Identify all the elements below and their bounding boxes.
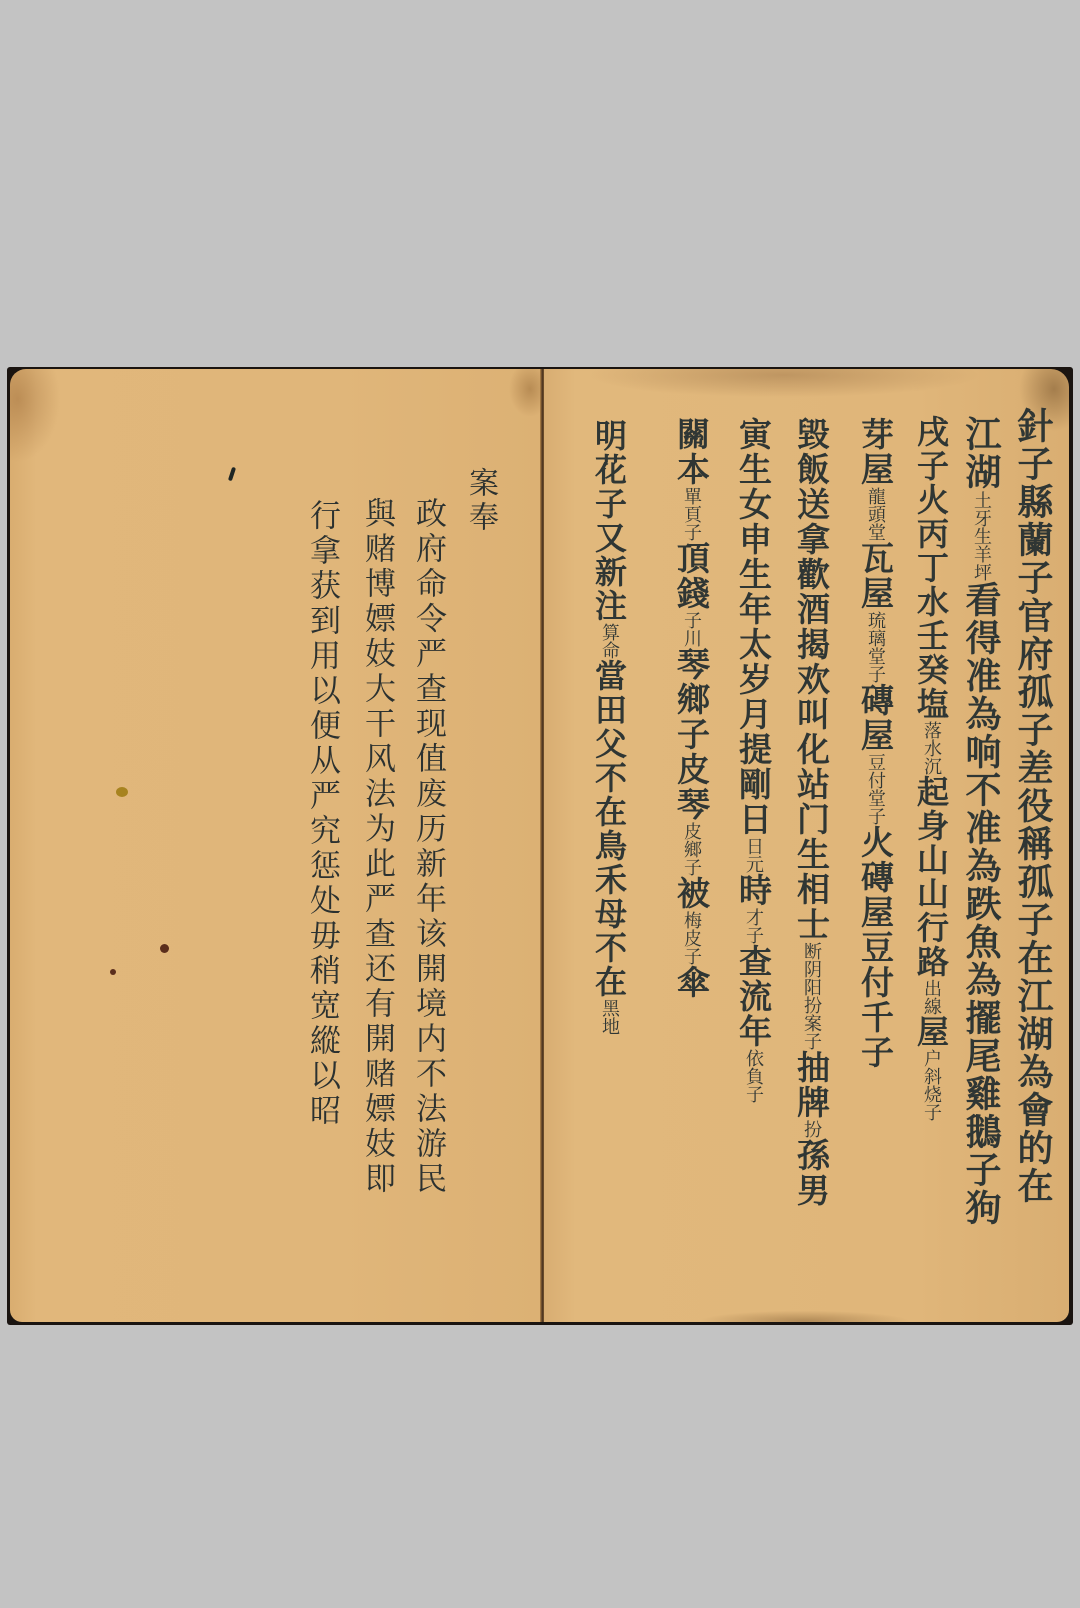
right-column-7: 關本單頁子頂錢子川琴鄉子皮琴皮鄉子被梅皮子傘 xyxy=(668,417,715,1000)
right-column-1: 針子縣蘭子官府孤子差役稱孤子在江湖為會的在 xyxy=(1008,407,1059,1205)
right-column-6: 寅生女申生年太岁月提剛日日元時才子查流年依負子 xyxy=(730,417,777,1103)
text-annotation: 羊坪 xyxy=(971,545,992,581)
text-segment: 戌子 xyxy=(912,415,950,483)
right-column-8: 明花子又新注算命當田父不在鳥禾母不在黑地 xyxy=(586,419,632,1035)
text-annotation: 日元 xyxy=(743,837,764,873)
text-segment: 被 xyxy=(672,876,711,911)
text-segment: 月 xyxy=(734,697,773,732)
text-segment: 皮琴 xyxy=(672,752,711,822)
text-segment: 江湖 xyxy=(960,415,1002,491)
text-segment: 女 xyxy=(734,487,773,522)
text-segment: 芽屋 xyxy=(856,417,895,487)
text-annotation: 户斜 xyxy=(921,1049,942,1085)
text-annotation: 才子 xyxy=(743,908,764,944)
left-column-1: 案奉 xyxy=(458,467,502,535)
text-segment: 日 xyxy=(734,802,773,837)
text-segment: 屋豆付千子 xyxy=(856,895,895,1070)
text-segment: 歡酒 xyxy=(792,557,831,627)
text-annotation: 算命 xyxy=(599,623,620,659)
text-annotation: 烧子 xyxy=(921,1085,942,1121)
right-column-5: 毀飯送拿歡酒揭欢叫化站门生相士断阴阳扮案子抽牌扮孫男 xyxy=(788,417,835,1208)
text-segment: 差役 xyxy=(1012,749,1054,825)
text-segment: 蘭子 xyxy=(1012,521,1054,597)
text-annotation: 土牙生 xyxy=(971,491,992,545)
text-segment: 叫化 xyxy=(792,697,831,767)
text-annotation: 黑地 xyxy=(599,999,620,1035)
text-segment: 起身山山 xyxy=(912,775,950,911)
text-segment: 本 xyxy=(672,452,711,487)
text-annotation: 單頁子 xyxy=(681,487,702,541)
text-segment: 稱孤子 xyxy=(1012,825,1054,939)
text-segment: 瓦屋 xyxy=(856,541,895,611)
text-annotation: 梅皮子 xyxy=(681,911,702,965)
text-segment: 屋 xyxy=(912,1015,950,1049)
text-segment: 母不在 xyxy=(590,897,628,999)
text-segment: 父不在 xyxy=(590,727,628,829)
text-segment: 不准為跌 xyxy=(960,771,1002,923)
text-annotation: 琉璃堂子 xyxy=(865,611,886,683)
text-segment: 鳥禾 xyxy=(590,829,628,897)
text-annotation: 落水沉 xyxy=(921,721,942,775)
text-segment: 官府 xyxy=(1012,597,1054,673)
text-segment: 在江湖為 xyxy=(1012,939,1054,1091)
text-segment: 毀飯 xyxy=(792,417,831,487)
text-segment: 孫男 xyxy=(792,1138,831,1208)
text-annotation: 断阴阳 xyxy=(801,942,822,996)
text-segment: 行路 xyxy=(912,911,950,979)
text-segment: 會的 xyxy=(1012,1091,1054,1167)
right-page: 針子縣蘭子官府孤子差役稱孤子在江湖為會的在 江湖土牙生羊坪看得准為响不准為跌魚為… xyxy=(544,369,1069,1322)
text-segment: 年太岁 xyxy=(734,592,773,697)
text-segment: 鄉子 xyxy=(672,682,711,752)
text-segment: 申生 xyxy=(734,522,773,592)
left-column-4: 行拿获到用以便从严究惩处毋稍宽縱以昭 xyxy=(300,499,345,1129)
text-segment: 火丙丁 xyxy=(912,483,950,585)
text-segment: 針子縣 xyxy=(1012,407,1054,521)
text-segment: 狗 xyxy=(960,1189,1002,1227)
text-annotation: 龍頭堂 xyxy=(865,487,886,541)
text-segment: 年 xyxy=(734,1014,773,1049)
text-annotation: 子川 xyxy=(681,611,702,647)
text-segment: 站门生 xyxy=(792,767,831,872)
text-segment: 關 xyxy=(672,417,711,452)
text-segment: 鵝子 xyxy=(960,1113,1002,1189)
text-segment: 雞 xyxy=(960,1075,1002,1113)
text-segment: 塩 xyxy=(912,687,950,721)
text-segment: 明花子 xyxy=(590,419,628,521)
ink-tick-mark xyxy=(228,467,236,482)
text-segment: 在 xyxy=(1012,1167,1054,1205)
right-column-2: 江湖土牙生羊坪看得准為响不准為跌魚為擺尾雞鵝子狗 xyxy=(956,415,1007,1227)
ink-stain xyxy=(116,787,128,797)
left-column-2: 政府命令严查现值废历新年该開境内不法游民 xyxy=(406,497,451,1197)
text-segment: 看得准為响 xyxy=(960,581,1002,771)
right-column-3: 戌子火丙丁水壬癸塩落水沉起身山山行路出線屋户斜烧子 xyxy=(908,415,954,1121)
manuscript-spread: 案奉 政府命令严查现值废历新年该開境内不法游民 與赌博嫖妓大干风法为此严查还有開… xyxy=(7,367,1073,1325)
text-segment: 水壬癸 xyxy=(912,585,950,687)
left-page: 案奉 政府命令严查现值废历新年该開境内不法游民 與赌博嫖妓大干风法为此严查还有開… xyxy=(10,369,542,1322)
text-annotation: 皮鄉子 xyxy=(681,822,702,876)
text-segment: 琴 xyxy=(672,647,711,682)
text-segment: 頂錢 xyxy=(672,541,711,611)
text-segment: 送拿 xyxy=(792,487,831,557)
ink-stain xyxy=(110,969,116,975)
text-annotation: 依負子 xyxy=(743,1049,764,1103)
text-segment: 孤子 xyxy=(1012,673,1054,749)
right-column-4: 芽屋龍頭堂瓦屋琉璃堂子磚屋豆付堂子火磚屋豆付千子 xyxy=(852,417,899,1070)
text-annotation: 扮案子 xyxy=(801,996,822,1050)
text-segment: 相士 xyxy=(792,872,831,942)
text-segment: 抽牌 xyxy=(792,1050,831,1120)
text-annotation: 豆付堂子 xyxy=(865,753,886,825)
text-segment: 火磚 xyxy=(856,825,895,895)
text-segment: 揭欢 xyxy=(792,627,831,697)
text-segment: 寅生 xyxy=(734,417,773,487)
text-segment: 傘 xyxy=(672,965,711,1000)
text-segment: 又新注 xyxy=(590,521,628,623)
text-segment: 磚屋 xyxy=(856,683,895,753)
text-segment: 當田 xyxy=(590,659,628,727)
ink-stain xyxy=(160,944,169,953)
text-segment: 魚為擺尾 xyxy=(960,923,1002,1075)
text-segment: 提剛 xyxy=(734,732,773,802)
left-column-3: 與赌博嫖妓大干风法为此严查还有開赌嫖妓即 xyxy=(355,497,400,1197)
text-segment: 查流 xyxy=(734,944,773,1014)
text-segment: 時 xyxy=(734,873,773,908)
text-annotation: 出線 xyxy=(921,979,942,1015)
text-annotation: 扮 xyxy=(801,1120,822,1138)
